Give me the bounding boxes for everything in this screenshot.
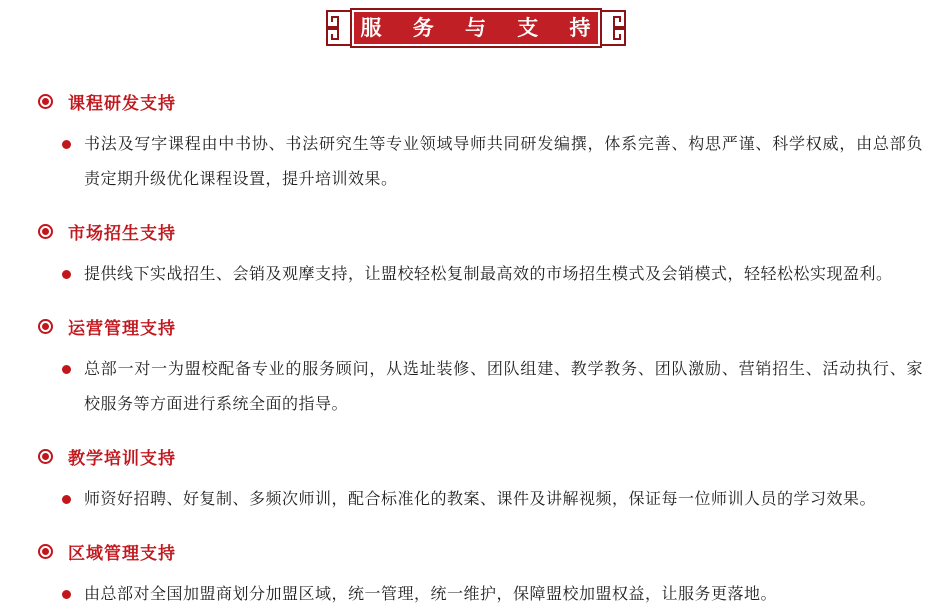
fisheye-bullet-icon bbox=[38, 94, 53, 109]
bullet-item: 总部一对一为盟校配备专业的服务顾问，从选址装修、团队组建、教学教务、团队激励、营… bbox=[38, 352, 923, 422]
section-heading-row: 区域管理支持 bbox=[38, 539, 923, 563]
section-heading-row: 课程研发支持 bbox=[38, 89, 923, 113]
fisheye-bullet-icon bbox=[38, 449, 53, 464]
section-heading-row: 教学培训支持 bbox=[38, 444, 923, 468]
fisheye-bullet-icon bbox=[38, 224, 53, 239]
section-heading-row: 市场招生支持 bbox=[38, 219, 923, 243]
dot-bullet-icon bbox=[62, 140, 71, 149]
banner-bar: 服 务 与 支 持 bbox=[350, 8, 602, 48]
dot-bullet-icon bbox=[62, 495, 71, 504]
section-heading: 区域管理支持 bbox=[68, 539, 176, 564]
fret-ornament-right-icon bbox=[602, 8, 628, 48]
section-operations-management: 运营管理支持 总部一对一为盟校配备专业的服务顾问，从选址装修、团队组建、教学教务… bbox=[38, 314, 923, 422]
bullet-item: 提供线下实战招生、会销及观摩支持，让盟校轻松复制最高效的市场招生模式及会销模式，… bbox=[38, 257, 923, 292]
bullet-text: 书法及写字课程由中书协、书法研究生等专业领域导师共同研发编撰，体系完善、构思严谨… bbox=[84, 127, 923, 197]
bullet-text: 总部一对一为盟校配备专业的服务顾问，从选址装修、团队组建、教学教务、团队激励、营… bbox=[84, 352, 923, 422]
bullet-item: 由总部对全国加盟商划分加盟区域，统一管理，统一维护，保障盟校加盟权益，让服务更落… bbox=[38, 577, 923, 612]
bullet-item: 师资好招聘、好复制、多频次师训，配合标准化的教案、课件及讲解视频，保证每一位师训… bbox=[38, 482, 923, 517]
dot-bullet-icon bbox=[62, 365, 71, 374]
section-heading: 教学培训支持 bbox=[68, 444, 176, 469]
fisheye-bullet-icon bbox=[38, 544, 53, 559]
section-heading: 市场招生支持 bbox=[68, 219, 176, 244]
fisheye-bullet-icon bbox=[38, 319, 53, 334]
bullet-item: 书法及写字课程由中书协、书法研究生等专业领域导师共同研发编撰，体系完善、构思严谨… bbox=[38, 127, 923, 197]
page-title-banner: 服 务 与 支 持 bbox=[0, 0, 951, 48]
section-heading-row: 运营管理支持 bbox=[38, 314, 923, 338]
section-course-rd: 课程研发支持 书法及写字课程由中书协、书法研究生等专业领域导师共同研发编撰，体系… bbox=[38, 89, 923, 197]
section-heading: 课程研发支持 bbox=[68, 89, 176, 114]
section-regional-management: 区域管理支持 由总部对全国加盟商划分加盟区域，统一管理，统一维护，保障盟校加盟权… bbox=[38, 539, 923, 612]
section-teaching-training: 教学培训支持 师资好招聘、好复制、多频次师训，配合标准化的教案、课件及讲解视频，… bbox=[38, 444, 923, 517]
page-title: 服 务 与 支 持 bbox=[348, 18, 604, 39]
section-marketing-enrollment: 市场招生支持 提供线下实战招生、会销及观摩支持，让盟校轻松复制最高效的市场招生模… bbox=[38, 219, 923, 292]
dot-bullet-icon bbox=[62, 270, 71, 279]
bullet-text: 由总部对全国加盟商划分加盟区域，统一管理，统一维护，保障盟校加盟权益，让服务更落… bbox=[84, 577, 923, 612]
section-heading: 运营管理支持 bbox=[68, 314, 176, 339]
bullet-text: 提供线下实战招生、会销及观摩支持，让盟校轻松复制最高效的市场招生模式及会销模式，… bbox=[84, 257, 923, 292]
support-sections: 课程研发支持 书法及写字课程由中书协、书法研究生等专业领域导师共同研发编撰，体系… bbox=[0, 48, 951, 612]
fret-ornament-left-icon bbox=[324, 8, 350, 48]
dot-bullet-icon bbox=[62, 590, 71, 599]
bullet-text: 师资好招聘、好复制、多频次师训，配合标准化的教案、课件及讲解视频，保证每一位师训… bbox=[84, 482, 923, 517]
